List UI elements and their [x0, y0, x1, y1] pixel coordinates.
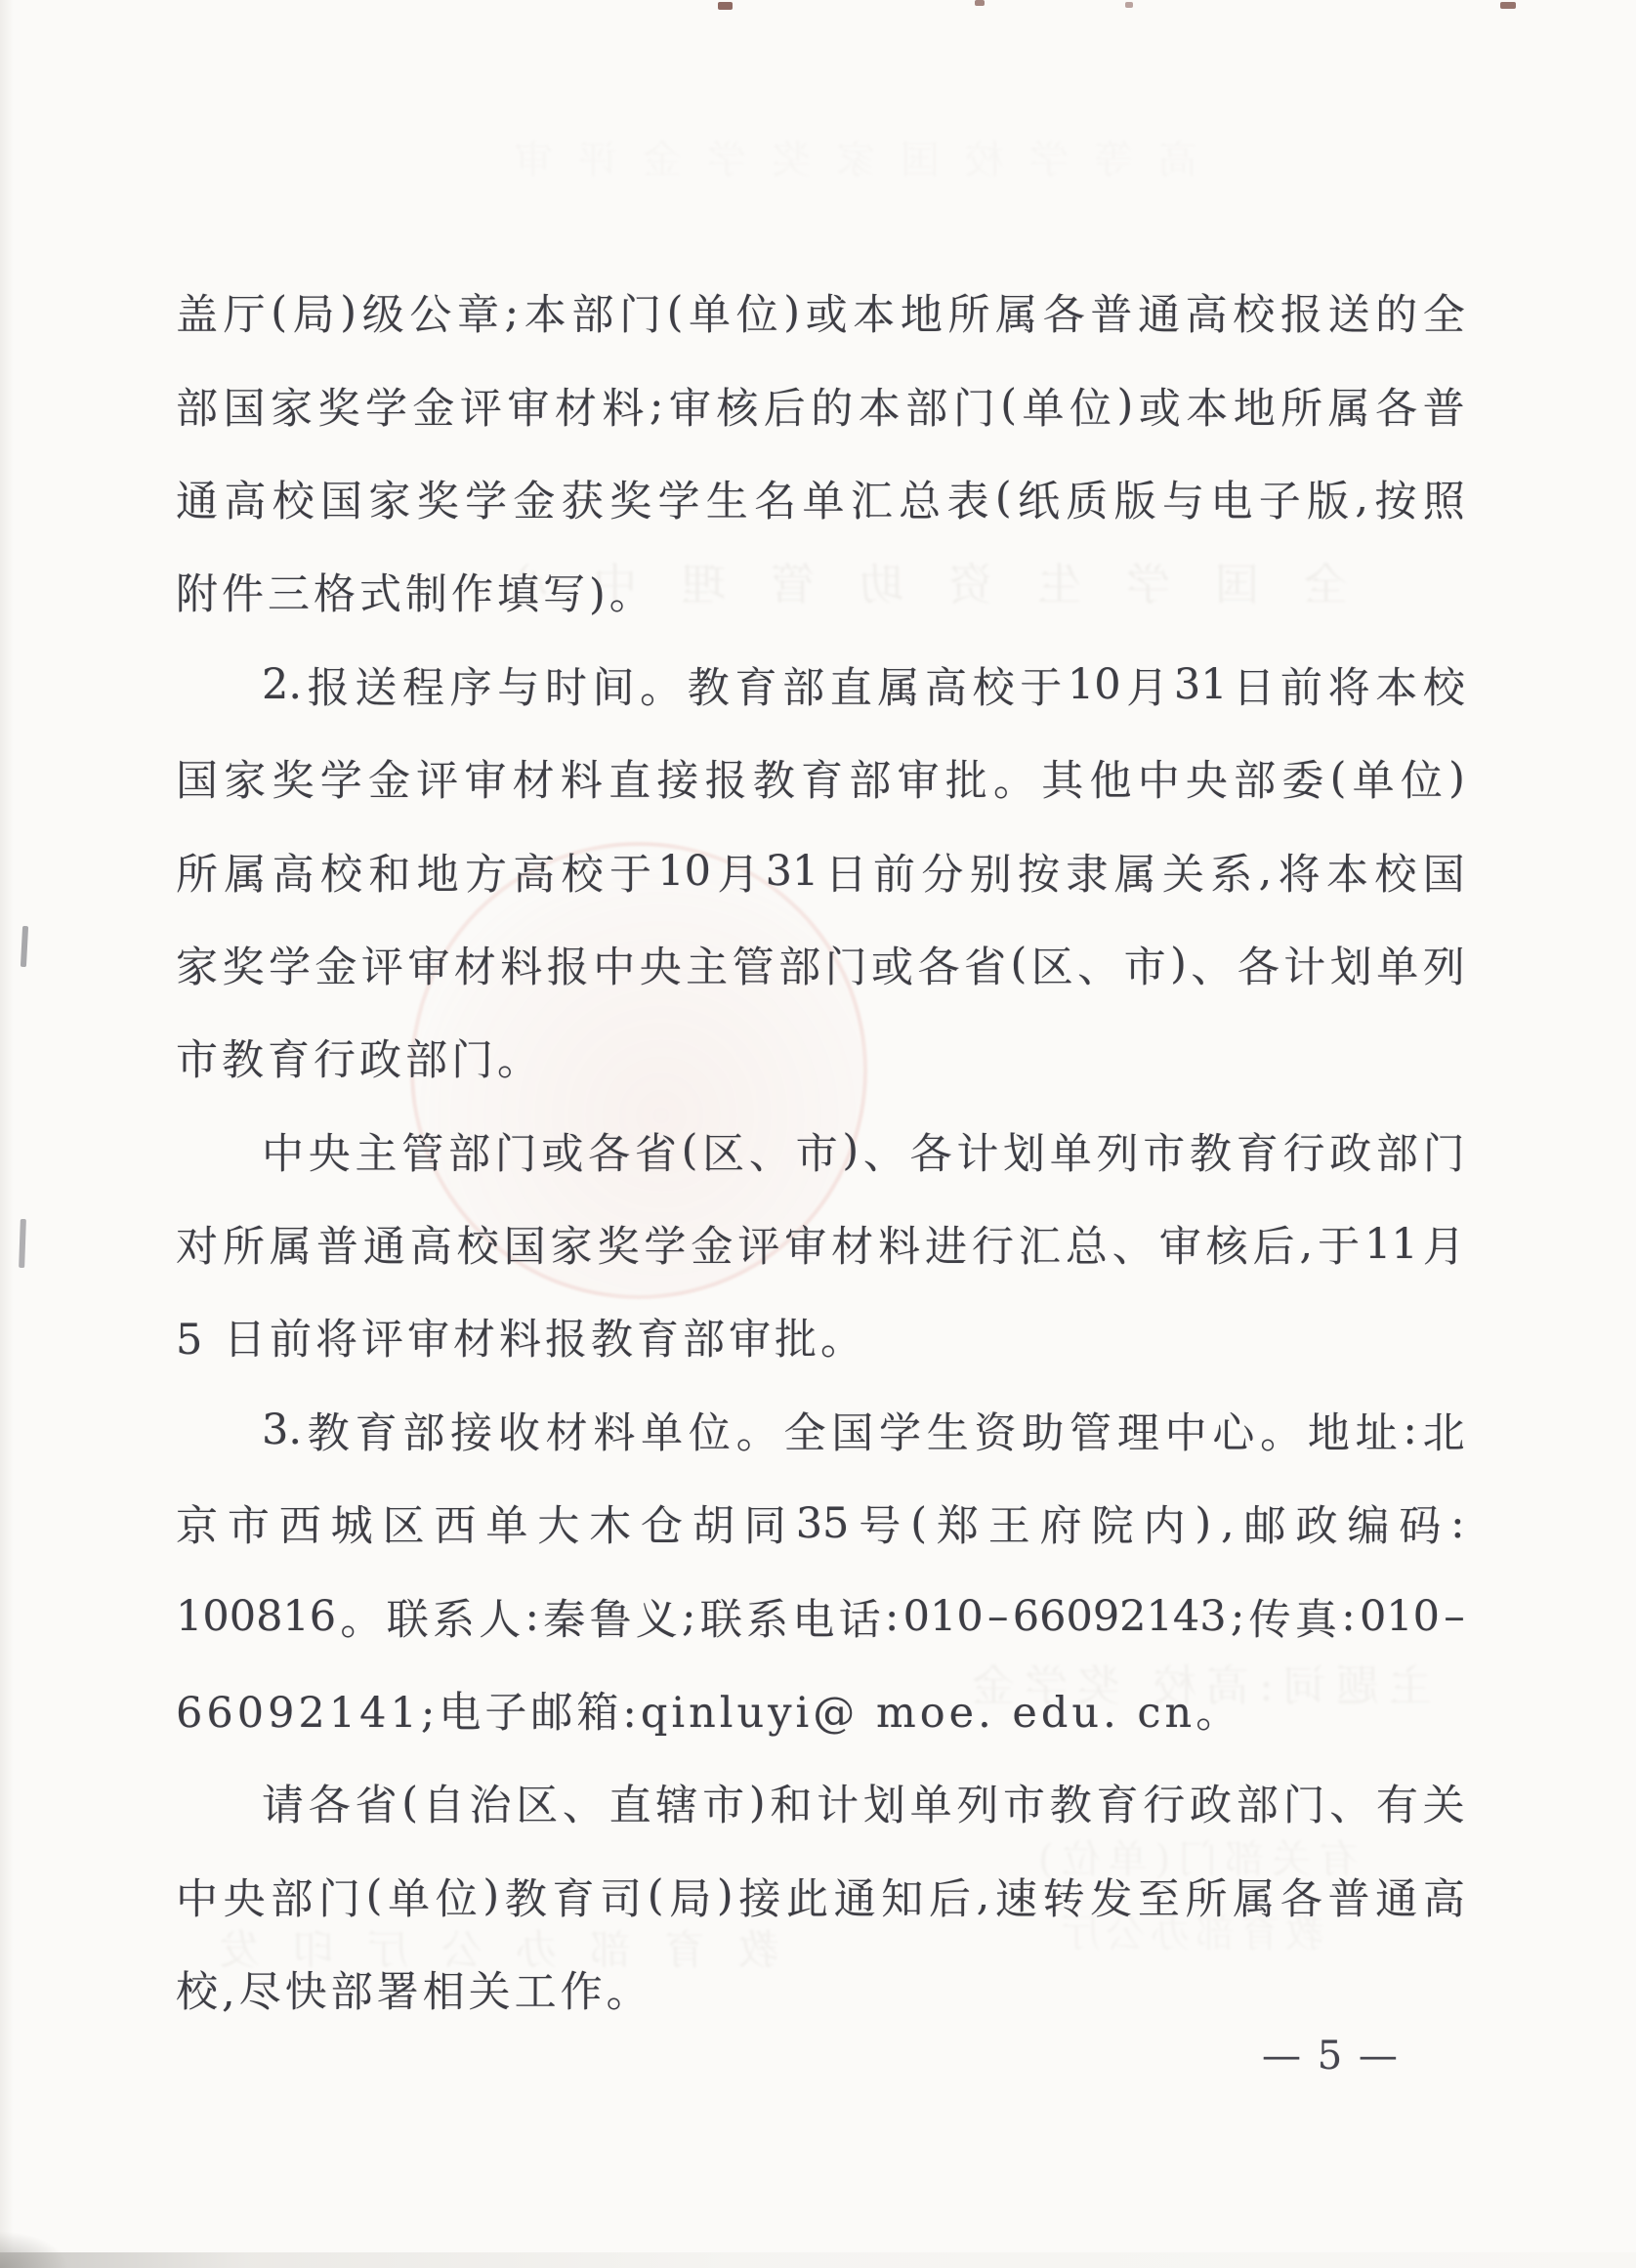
scan-smudge: [0, 2231, 68, 2268]
document-page: 高等学校国家奖学金评审 全国学生资助管理中心 主题词:高校 奖学金 有关部门(单…: [0, 0, 1636, 2268]
document-line: 市教育行政部门。: [176, 1011, 1465, 1104]
document-line: 家奖学金评审材料报中央主管部门或各省(区、市)、各计划单列: [176, 918, 1465, 1011]
scan-edge-shadow: [0, 2252, 1636, 2268]
document-line: 部国家奖学金评审材料;审核后的本部门(单位)或本地所属各普: [176, 358, 1465, 451]
page-number: — 5 —: [1262, 2034, 1400, 2079]
document-line: 2.报送程序与时间。教育部直属高校于10月31日前将本校: [176, 639, 1465, 732]
document-body: 盖厅(局)级公章;本部门(单位)或本地所属各普通高校报送的全 部国家奖学金评审材…: [176, 266, 1465, 2036]
scan-speck: [975, 0, 985, 6]
scan-speck: [1500, 2, 1516, 9]
document-line: 附件三格式制作填写)。: [176, 545, 1465, 638]
document-line: 5 日前将评审材料报教育部审批。: [176, 1290, 1465, 1383]
document-line: 中央部门(单位)教育司(局)接此通知后,速转发至所属各普通高: [176, 1850, 1465, 1943]
document-line: 通高校国家奖学金获奖学生名单汇总表(纸质版与电子版,按照: [176, 452, 1465, 545]
scan-mark: [19, 1219, 26, 1268]
document-line: 盖厅(局)级公章;本部门(单位)或本地所属各普通高校报送的全: [176, 266, 1465, 358]
document-line: 请各省(自治区、直辖市)和计划单列市教育行政部门、有关: [176, 1756, 1465, 1849]
document-line: 3.教育部接收材料单位。全国学生资助管理中心。地址:北: [176, 1384, 1465, 1477]
document-line: 校,尽快部署相关工作。: [176, 1943, 1465, 2036]
bleedthrough-text: 高等学校国家奖学金评审: [488, 129, 1197, 185]
document-line: 100816。联系人:秦鲁义;联系电话:010–66092143;传真:010–: [176, 1570, 1465, 1662]
scan-mark: [21, 926, 28, 967]
scan-speck: [1125, 2, 1133, 8]
document-line: 所属高校和地方高校于10月31日前分别按隶属关系,将本校国: [176, 824, 1465, 917]
scan-edge-shadow: [0, 0, 14, 2268]
document-line: 国家奖学金评审材料直接报教育部审批。其他中央部委(单位): [176, 732, 1465, 824]
document-line: 中央主管部门或各省(区、市)、各计划单列市教育行政部门: [176, 1105, 1465, 1197]
document-line: 66092141;电子邮箱:qinluyi@ moe. edu. cn。: [176, 1663, 1465, 1756]
document-line: 京市西城区西单大木仓胡同35号(郑王府院内),邮政编码:: [176, 1477, 1465, 1570]
document-line: 对所属普通高校国家奖学金评审材料进行汇总、审核后,于11月: [176, 1197, 1465, 1290]
scan-speck: [718, 2, 733, 10]
